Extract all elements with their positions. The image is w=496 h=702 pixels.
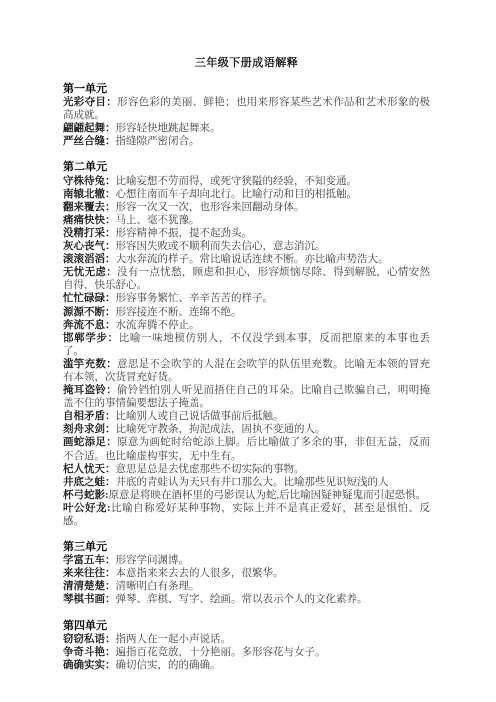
- idiom-definition: 比喻别人或自己说话做事前后抵触。: [116, 411, 284, 422]
- idiom-definition: 指缝隙严密闭合。: [116, 136, 200, 147]
- idiom-entry: 清清楚楚：清晰明白有条理。: [63, 580, 430, 593]
- idiom-entry: 叶公好龙:比喻自称爱好某种事物，实际上并不是真正爱好，甚至是惧怕、反感。: [63, 502, 430, 528]
- idiom-entry: 自相矛盾：比喻别人或自己说话做事前后抵触。: [63, 410, 430, 423]
- idiom-entry: 源源不断：形容接连不断、连绵不绝。: [63, 306, 430, 319]
- idiom-term: 琴棋书画：: [63, 594, 116, 605]
- idiom-term: 翩翩起舞：: [63, 123, 116, 134]
- idiom-definition: 形容色彩的美丽、鲜艳；也用来形容某些艺术作品和艺术形象的极高成就。: [63, 97, 430, 121]
- idiom-definition: 本意指来来去去的人很多，很繁华。: [116, 568, 284, 579]
- idiom-entry: 翩翩起舞：形容轻快地跳起舞来。: [63, 122, 430, 135]
- idiom-entry: 确确实实：确切信实，的的确确。: [63, 659, 430, 672]
- idiom-entry: 守株待兔：比喻妄想不劳而得，或死守狭隘的经验，不知变通。: [63, 175, 430, 188]
- idiom-term: 窃窃私语：: [63, 634, 116, 645]
- idiom-entry: 井底之蛙：井底的青蛙认为天只有井口那么大。比喻那些见识短浅的人: [63, 476, 430, 489]
- idiom-entry: 画蛇添足：原意为画蛇时给蛇添上脚。后比喻做了多余的事，非但无益，反而不合适。也比…: [63, 436, 430, 462]
- idiom-definition: 意思是总是去忧虑那些不切实际的事物。: [116, 464, 305, 475]
- idiom-entry: 没精打采：形容精神不振，提不起劲头。: [63, 227, 430, 240]
- idiom-definition: 原意为画蛇时给蛇添上脚。后比喻做了多余的事，非但无益，反而不合适。也比喻虚构事实…: [63, 437, 430, 461]
- document-page: 三年级下册成语解释 第一单元光彩夺目：形容色彩的美丽、鲜艳；也用来形容某些艺术作…: [0, 0, 496, 702]
- idiom-term: 没精打采：: [63, 228, 116, 239]
- idiom-definition: 形容精神不振，提不起劲头。: [116, 228, 253, 239]
- unit-heading: 第三单元: [63, 541, 430, 554]
- idiom-entry: 争奇斗艳：遍指百花竞放，十分艳丽。多形容花与女子。: [63, 646, 430, 659]
- idiom-definition: 形容一次又一次，也形容来回翻动身体。: [116, 202, 305, 213]
- idiom-entry: 窃窃私语：指两人在一起小声说话。: [63, 633, 430, 646]
- idiom-term: 井底之蛙：: [63, 477, 116, 488]
- idiom-definition: 形容轻快地跳起舞来。: [116, 123, 221, 134]
- idiom-term: 滚滚滔滔：: [63, 254, 116, 265]
- idiom-entry: 掩耳盗铃：偷铃铛怕别人听见而捂住自己的耳朵。比喻自己欺骗自己，明明掩盖不住的事情…: [63, 384, 430, 410]
- idiom-term: 确确实实：: [63, 660, 116, 671]
- idiom-entry: 忙忙碌碌：形容事务繁忙、辛辛苦苦的样子。: [63, 292, 430, 305]
- unit-heading: 第二单元: [63, 161, 430, 174]
- idiom-term: 画蛇添足：: [63, 437, 117, 448]
- idiom-term: 忙忙碌碌：: [63, 293, 116, 304]
- idiom-entry: 灰心丧气：形容因失败或不顺利而失去信心，意志消沉。: [63, 240, 430, 253]
- idiom-entry: 邯郸学步：比喻一味地模仿别人，不仅没学到本事，反而把原来的本事也丢了。: [63, 332, 430, 358]
- idiom-entry: 痛痛快快：马上、毫不犹豫。: [63, 214, 430, 227]
- idiom-term: 守株待兔：: [63, 176, 116, 187]
- idiom-definition: 形容学问渊博。: [116, 555, 190, 566]
- idiom-term: 无忧无虑：: [63, 267, 117, 278]
- idiom-definition: 心想往南而车子却向北行。比喻行动和目的相抵触。: [116, 189, 358, 200]
- idiom-term: 痛痛快快：: [63, 215, 116, 226]
- idiom-term: 杯弓蛇影:: [63, 490, 109, 501]
- unit-heading: 第一单元: [63, 83, 430, 96]
- idiom-definition: 大水奔流的样子。常比喻说话连续不断。亦比喻声势浩大。: [116, 254, 389, 265]
- idiom-term: 清清楚楚：: [63, 581, 116, 592]
- idiom-definition: 比喻一味地模仿别人，不仅没学到本事，反而把原来的本事也丢了。: [63, 333, 430, 357]
- idiom-term: 来来往往：: [63, 568, 116, 579]
- idiom-term: 源源不断：: [63, 307, 116, 318]
- unit-section: 第三单元学富五车：形容学问渊博。来来往往：本意指来来去去的人很多，很繁华。清清楚…: [63, 541, 430, 606]
- idiom-term: 争奇斗艳：: [63, 647, 116, 658]
- idiom-term: 叶公好龙:: [63, 503, 111, 514]
- idiom-entry: 杯弓蛇影:原意是将映在酒杯里的弓影误认为蛇,后比喻因疑神疑鬼而引起恐惧。: [63, 489, 430, 502]
- idiom-definition: 原意是将映在酒杯里的弓影误认为蛇,后比喻因疑神疑鬼而引起恐惧。: [109, 490, 427, 501]
- idiom-term: 学富五车：: [63, 555, 116, 566]
- idiom-definition: 形容接连不断、连绵不绝。: [116, 307, 242, 318]
- idiom-term: 滥竽充数：: [63, 359, 117, 370]
- idiom-definition: 指两人在一起小声说话。: [116, 634, 232, 645]
- idiom-term: 刻舟求剑：: [63, 424, 116, 435]
- idiom-term: 南辕北辙：: [63, 189, 116, 200]
- idiom-definition: 意思是不会吹竽的人混在会吹竽的队伍里充数。比喻无本领的冒充有本领，次货冒充好货。: [63, 359, 430, 383]
- idiom-term: 严丝合缝：: [63, 136, 116, 147]
- idiom-entry: 光彩夺目：形容色彩的美丽、鲜艳；也用来形容某些艺术作品和艺术形象的极高成就。: [63, 96, 430, 122]
- idiom-term: 邯郸学步：: [63, 333, 119, 344]
- idiom-entry: 滥竽充数：意思是不会吹竽的人混在会吹竽的队伍里充数。比喻无本领的冒充有本领，次货…: [63, 358, 430, 384]
- idiom-definition: 形容事务繁忙、辛辛苦苦的样子。: [116, 293, 274, 304]
- idiom-entry: 翻来覆去：形容一次又一次，也形容来回翻动身体。: [63, 201, 430, 214]
- idiom-definition: 比喻自称爱好某种事物，实际上并不是真正爱好，甚至是惧怕、反感。: [63, 503, 430, 527]
- idiom-definition: 清晰明白有条理。: [116, 581, 200, 592]
- idiom-term: 杞人忧天：: [63, 464, 116, 475]
- unit-section: 第二单元守株待兔：比喻妄想不劳而得，或死守狭隘的经验，不知变通。南辕北辙：心想往…: [63, 161, 430, 528]
- idiom-definition: 确切信实，的的确确。: [116, 660, 221, 671]
- idiom-entry: 学富五车：形容学问渊博。: [63, 554, 430, 567]
- idiom-definition: 水流奔腾不停止。: [116, 320, 200, 331]
- idiom-definition: 没有一点忧愁，顾虑和担心，形容烦恼尽除、得到解脱，心情安然自得，快乐舒心。: [63, 267, 430, 291]
- idiom-entry: 杞人忧天：意思是总是去忧虑那些不切实际的事物。: [63, 463, 430, 476]
- idiom-entry: 无忧无虑：没有一点忧愁，顾虑和担心，形容烦恼尽除、得到解脱，心情安然自得，快乐舒…: [63, 266, 430, 292]
- idiom-entry: 南辕北辙：心想往南而车子却向北行。比喻行动和目的相抵触。: [63, 188, 430, 201]
- unit-section: 第四单元窃窃私语：指两人在一起小声说话。争奇斗艳：遍指百花竞放，十分艳丽。多形容…: [63, 620, 430, 672]
- idiom-definition: 形容因失败或不顺利而失去信心，意志消沉。: [116, 241, 326, 252]
- idiom-entry: 来来往往：本意指来来去去的人很多，很繁华。: [63, 567, 430, 580]
- idiom-definition: 井底的青蛙认为天只有井口那么大。比喻那些见识短浅的人: [116, 477, 389, 488]
- idiom-entry: 刻舟求剑：比喻死守教条，拘泥成法，固执不变通的人。: [63, 423, 430, 436]
- unit-section: 第一单元光彩夺目：形容色彩的美丽、鲜艳；也用来形容某些艺术作品和艺术形象的极高成…: [63, 83, 430, 148]
- idiom-term: 光彩夺目：: [63, 97, 117, 108]
- idiom-term: 自相矛盾：: [63, 411, 116, 422]
- idiom-definition: 遍指百花竞放，十分艳丽。多形容花与女子。: [116, 647, 326, 658]
- idiom-definition: 比喻死守教条，拘泥成法，固执不变通的人。: [116, 424, 326, 435]
- idiom-entry: 奔流不息：水流奔腾不停止。: [63, 319, 430, 332]
- idiom-term: 翻来覆去：: [63, 202, 116, 213]
- unit-heading: 第四单元: [63, 620, 430, 633]
- idiom-definition: 马上、毫不犹豫。: [116, 215, 200, 226]
- idiom-entry: 滚滚滔滔：大水奔流的样子。常比喻说话连续不断。亦比喻声势浩大。: [63, 253, 430, 266]
- sections-container: 第一单元光彩夺目：形容色彩的美丽、鲜艳；也用来形容某些艺术作品和艺术形象的极高成…: [63, 83, 430, 672]
- idiom-definition: 偷铃铛怕别人听见而捂住自己的耳朵。比喻自己欺骗自己，明明掩盖不住的事情偏要想法子…: [63, 385, 430, 409]
- idiom-term: 灰心丧气：: [63, 241, 116, 252]
- idiom-definition: 比喻妄想不劳而得，或死守狭隘的经验，不知变通。: [116, 176, 358, 187]
- idiom-entry: 琴棋书画：弹琴、弈棋、写字、绘画。常以表示个人的文化素养。: [63, 593, 430, 606]
- idiom-definition: 弹琴、弈棋、写字、绘画。常以表示个人的文化素养。: [116, 594, 368, 605]
- idiom-entry: 严丝合缝：指缝隙严密闭合。: [63, 135, 430, 148]
- idiom-term: 奔流不息：: [63, 320, 116, 331]
- idiom-term: 掩耳盗铃：: [63, 385, 117, 396]
- page-title: 三年级下册成语解释: [63, 56, 430, 70]
